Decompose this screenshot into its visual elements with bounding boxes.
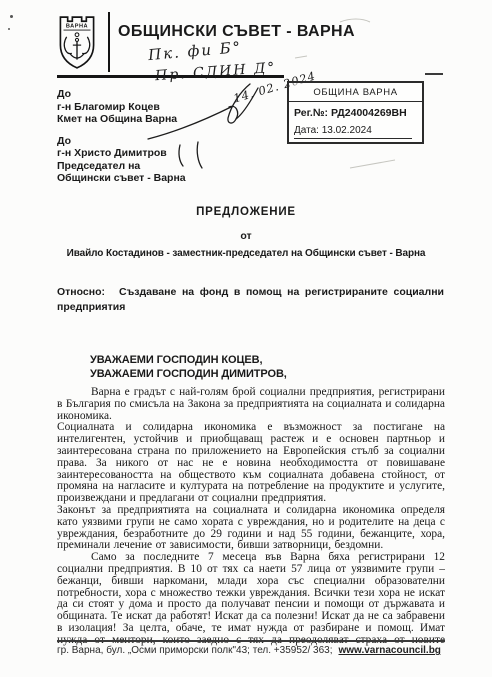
body-paragraph: Законът за предприятията на социалната и… <box>57 505 445 552</box>
body-paragraph: Само за последните 7 месеца във Варна бя… <box>57 552 445 646</box>
stamp-date-value: 13.02.2024 <box>322 125 372 136</box>
scan-smudge <box>340 19 370 22</box>
handwritten-note-2: Пр. СДИН Д° <box>155 60 277 84</box>
footer: гр. Варна, бул. „Осми приморски полк"43;… <box>57 645 467 656</box>
recipient-role: Общински съвет - Варна <box>57 172 186 185</box>
salutation: УВАЖАЕМИ ГОСПОДИН КОЦЕВ, УВАЖАЕМИ ГОСПОД… <box>90 354 287 381</box>
salutation-line-1: УВАЖАЕМИ ГОСПОДИН КОЦЕВ, <box>90 354 287 368</box>
subject-text: Създаване на фонд в помощ на регистриран… <box>57 286 444 313</box>
author-line: Ивайло Костадинов - заместник-председате… <box>0 248 492 259</box>
footer-website-link: www.varnacouncil.bg <box>338 645 440 656</box>
scan-smudge <box>295 56 307 58</box>
letter-body: Варна е градът с най-голям брой социални… <box>57 387 445 647</box>
stamp-org-name: ОБЩИНА ВАРНА <box>289 83 422 102</box>
recipient-to: До <box>57 135 186 148</box>
subject-label: Относно: <box>57 286 105 298</box>
recipients: До г-н Благомир Коцев Кмет на Община Вар… <box>57 88 186 185</box>
logo-text: ВАРНА <box>66 23 88 29</box>
check-stroke-2 <box>197 142 202 168</box>
subject-line: Относно:Създаване на фонд в помощ на рег… <box>57 285 444 315</box>
proposal-heading: ПРЕДЛОЖЕНИЕ <box>0 206 492 218</box>
footer-rule <box>57 640 445 642</box>
handwritten-note-1: Пк. фи Б° <box>147 38 242 64</box>
stamp-date: Дата: 13.02.2024 <box>289 123 422 142</box>
stamp-reg-value: РД24004269ВН <box>331 107 407 119</box>
stamp-date-label: Дата: <box>294 125 319 136</box>
body-paragraph: Социалната и солидарна икономика е възмо… <box>57 422 445 505</box>
scan-speck <box>8 28 10 30</box>
body-paragraph: Варна е градът с най-голям брой социални… <box>57 387 445 422</box>
from-word: от <box>0 230 492 242</box>
recipient-role: Кмет на Община Варна <box>57 113 186 126</box>
registration-stamp: ОБЩИНА ВАРНА Рег.№: РД24004269ВН Дата: 1… <box>287 81 424 144</box>
varna-coat-of-arms-icon: ВАРНА <box>56 14 98 70</box>
scan-smudge <box>350 160 395 168</box>
recipient-block-chairman: До г-н Христо Димитров Председател на Об… <box>57 135 186 185</box>
corner-dash <box>425 73 443 75</box>
footer-address: гр. Варна, бул. „Осми приморски полк"43;… <box>57 645 332 656</box>
stamp-reg-label: Рег.№: <box>294 107 328 119</box>
salutation-line-2: УВАЖАЕМИ ГОСПОДИН ДИМИТРОВ, <box>90 368 287 382</box>
stamp-date-inner: Дата: 13.02.2024 <box>294 125 412 139</box>
scan-speck <box>10 15 13 18</box>
recipient-name: г-н Благомир Коцев <box>57 101 186 114</box>
scanned-document-page: ВАРНА ОБЩИНСКИ СЪВЕТ - ВАРНА Пк. фи Б° П… <box>0 0 492 677</box>
stamp-reg-number: Рег.№: РД24004269ВН <box>289 102 422 123</box>
header-divider <box>108 12 110 72</box>
recipient-name: г-н Христо Димитров <box>57 147 186 160</box>
recipient-block-mayor: До г-н Благомир Коцев Кмет на Община Вар… <box>57 88 186 126</box>
recipient-role: Председател на <box>57 160 186 173</box>
recipient-to: До <box>57 88 186 101</box>
